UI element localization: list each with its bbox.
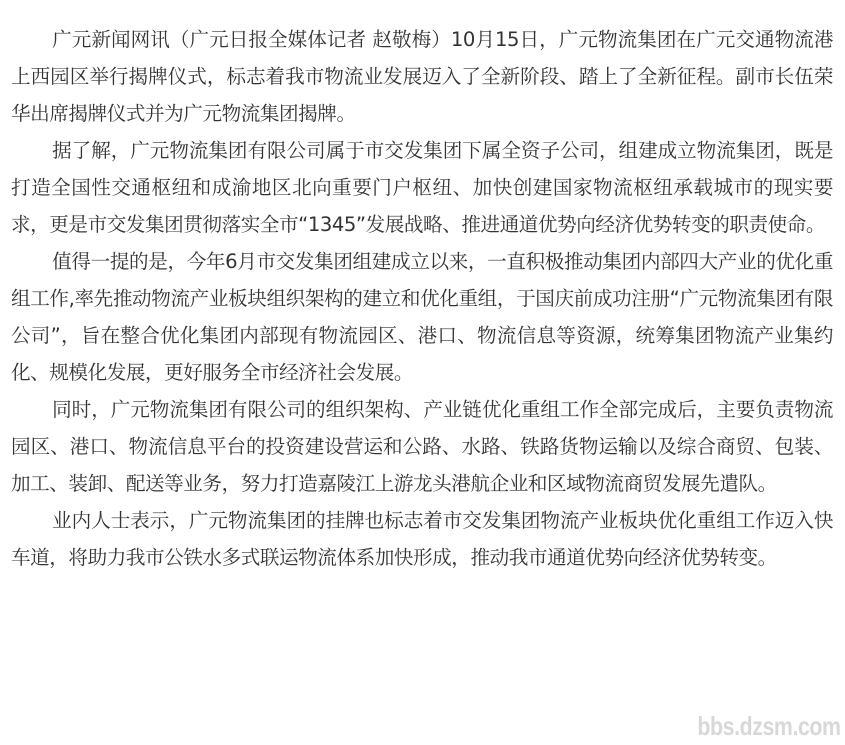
paragraph-business-scope: 同时，广元物流集团有限公司的组织架构、产业链优化重组工作全部完成后，主要负责物流… [11, 391, 833, 502]
paragraph-industry-comment: 业内人士表示，广元物流集团的挂牌也标志着市交发集团物流产业板块优化重组工作迈入快… [11, 502, 833, 576]
paragraph-background: 据了解，广元物流集团有限公司属于市交发集团下属全资子公司，组建成立物流集团，既是… [11, 132, 833, 243]
paragraph-intro: 广元新闻网讯（广元日报全媒体记者 赵敬梅）10月15日，广元物流集团在广元交通物… [11, 21, 833, 132]
paragraph-restructuring: 值得一提的是，今年6月市交发集团组建成立以来，一直积极推动集团内部四大产业的优化… [11, 243, 833, 391]
article-body: 广元新闻网讯（广元日报全媒体记者 赵敬梅）10月15日，广元物流集团在广元交通物… [11, 21, 833, 576]
site-watermark: bbs.dzsm.com [698, 711, 841, 742]
